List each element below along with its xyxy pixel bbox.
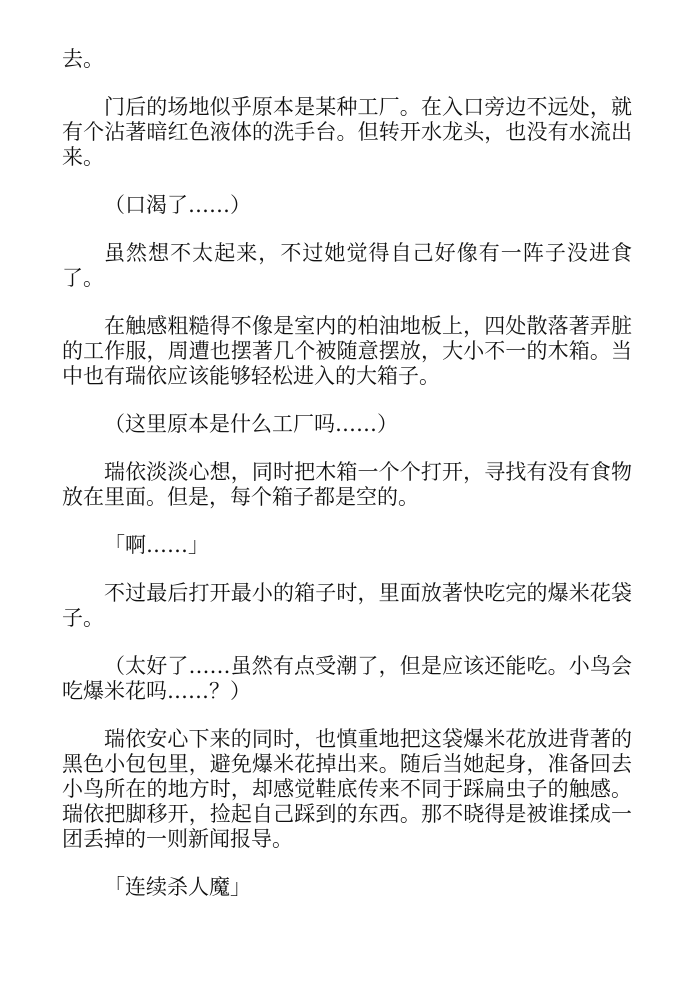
paragraph-8-dialogue: 「啊……」	[62, 533, 632, 558]
paragraph-9: 不过最后打开最小的箱子时，里面放著快吃完的爆米花袋 子。	[62, 581, 632, 631]
text-line: 去。	[62, 47, 632, 72]
text-line: （这里原本是什么工厂吗……）	[62, 412, 632, 437]
text-line: 瑞依安心下来的同时，也慎重地把这袋爆米花放进背著的	[62, 727, 632, 752]
paragraph-12-headline: 「连续杀人魔」	[62, 875, 632, 900]
text-line: 子。	[62, 606, 632, 631]
paragraph-11: 瑞依安心下来的同时，也慎重地把这袋爆米花放进背著的 黑色小包包里，避免爆米花掉出…	[62, 727, 632, 852]
paragraph-1: 去。	[62, 47, 632, 72]
paragraph-10-thought: （太好了……虽然有点受潮了，但是应该还能吃。小鸟会 吃爆米花吗……？）	[62, 654, 632, 704]
text-line: 瑞依淡淡心想，同时把木箱一个个打开，寻找有没有食物	[62, 460, 632, 485]
text-line: 「啊……」	[62, 533, 632, 558]
document-page: 去。 门后的场地似乎原本是某种工厂。在入口旁边不远处，就 有个沾著暗红色液体的洗…	[62, 47, 632, 923]
text-line: （口渴了……）	[62, 193, 632, 218]
text-line: 虽然想不太起来，不过她觉得自己好像有一阵子没进食	[62, 241, 632, 266]
text-line: 有个沾著暗红色液体的洗手台。但转开水龙头，也没有水流出	[62, 120, 632, 145]
text-line: 吃爆米花吗……？）	[62, 679, 632, 704]
text-line: （太好了……虽然有点受潮了，但是应该还能吃。小鸟会	[62, 654, 632, 679]
text-line: 的工作服，周遭也摆著几个被随意摆放，大小不一的木箱。当	[62, 339, 632, 364]
paragraph-6-thought: （这里原本是什么工厂吗……）	[62, 412, 632, 437]
text-line: 中也有瑞依应该能够轻松进入的大箱子。	[62, 364, 632, 389]
text-line: 了。	[62, 266, 632, 291]
paragraph-2: 门后的场地似乎原本是某种工厂。在入口旁边不远处，就 有个沾著暗红色液体的洗手台。…	[62, 95, 632, 170]
paragraph-4: 虽然想不太起来，不过她觉得自己好像有一阵子没进食 了。	[62, 241, 632, 291]
text-line: 放在里面。但是，每个箱子都是空的。	[62, 485, 632, 510]
paragraph-7: 瑞依淡淡心想，同时把木箱一个个打开，寻找有没有食物 放在里面。但是，每个箱子都是…	[62, 460, 632, 510]
text-line: 瑞依把脚移开，捡起自己踩到的东西。那不晓得是被谁揉成一	[62, 802, 632, 827]
paragraph-5: 在触感粗糙得不像是室内的柏油地板上，四处散落著弄脏 的工作服，周遭也摆著几个被随…	[62, 314, 632, 389]
text-line: 不过最后打开最小的箱子时，里面放著快吃完的爆米花袋	[62, 581, 632, 606]
paragraph-3-thought: （口渴了……）	[62, 193, 632, 218]
text-line: 来。	[62, 145, 632, 170]
text-line: 小鸟所在的地方时，却感觉鞋底传来不同于踩扁虫子的触感。	[62, 777, 632, 802]
text-line: 黑色小包包里，避免爆米花掉出来。随后当她起身，准备回去	[62, 752, 632, 777]
text-line: 「连续杀人魔」	[62, 875, 632, 900]
text-line: 在触感粗糙得不像是室内的柏油地板上，四处散落著弄脏	[62, 314, 632, 339]
text-line: 门后的场地似乎原本是某种工厂。在入口旁边不远处，就	[62, 95, 632, 120]
text-line: 团丢掉的一则新闻报导。	[62, 827, 632, 852]
